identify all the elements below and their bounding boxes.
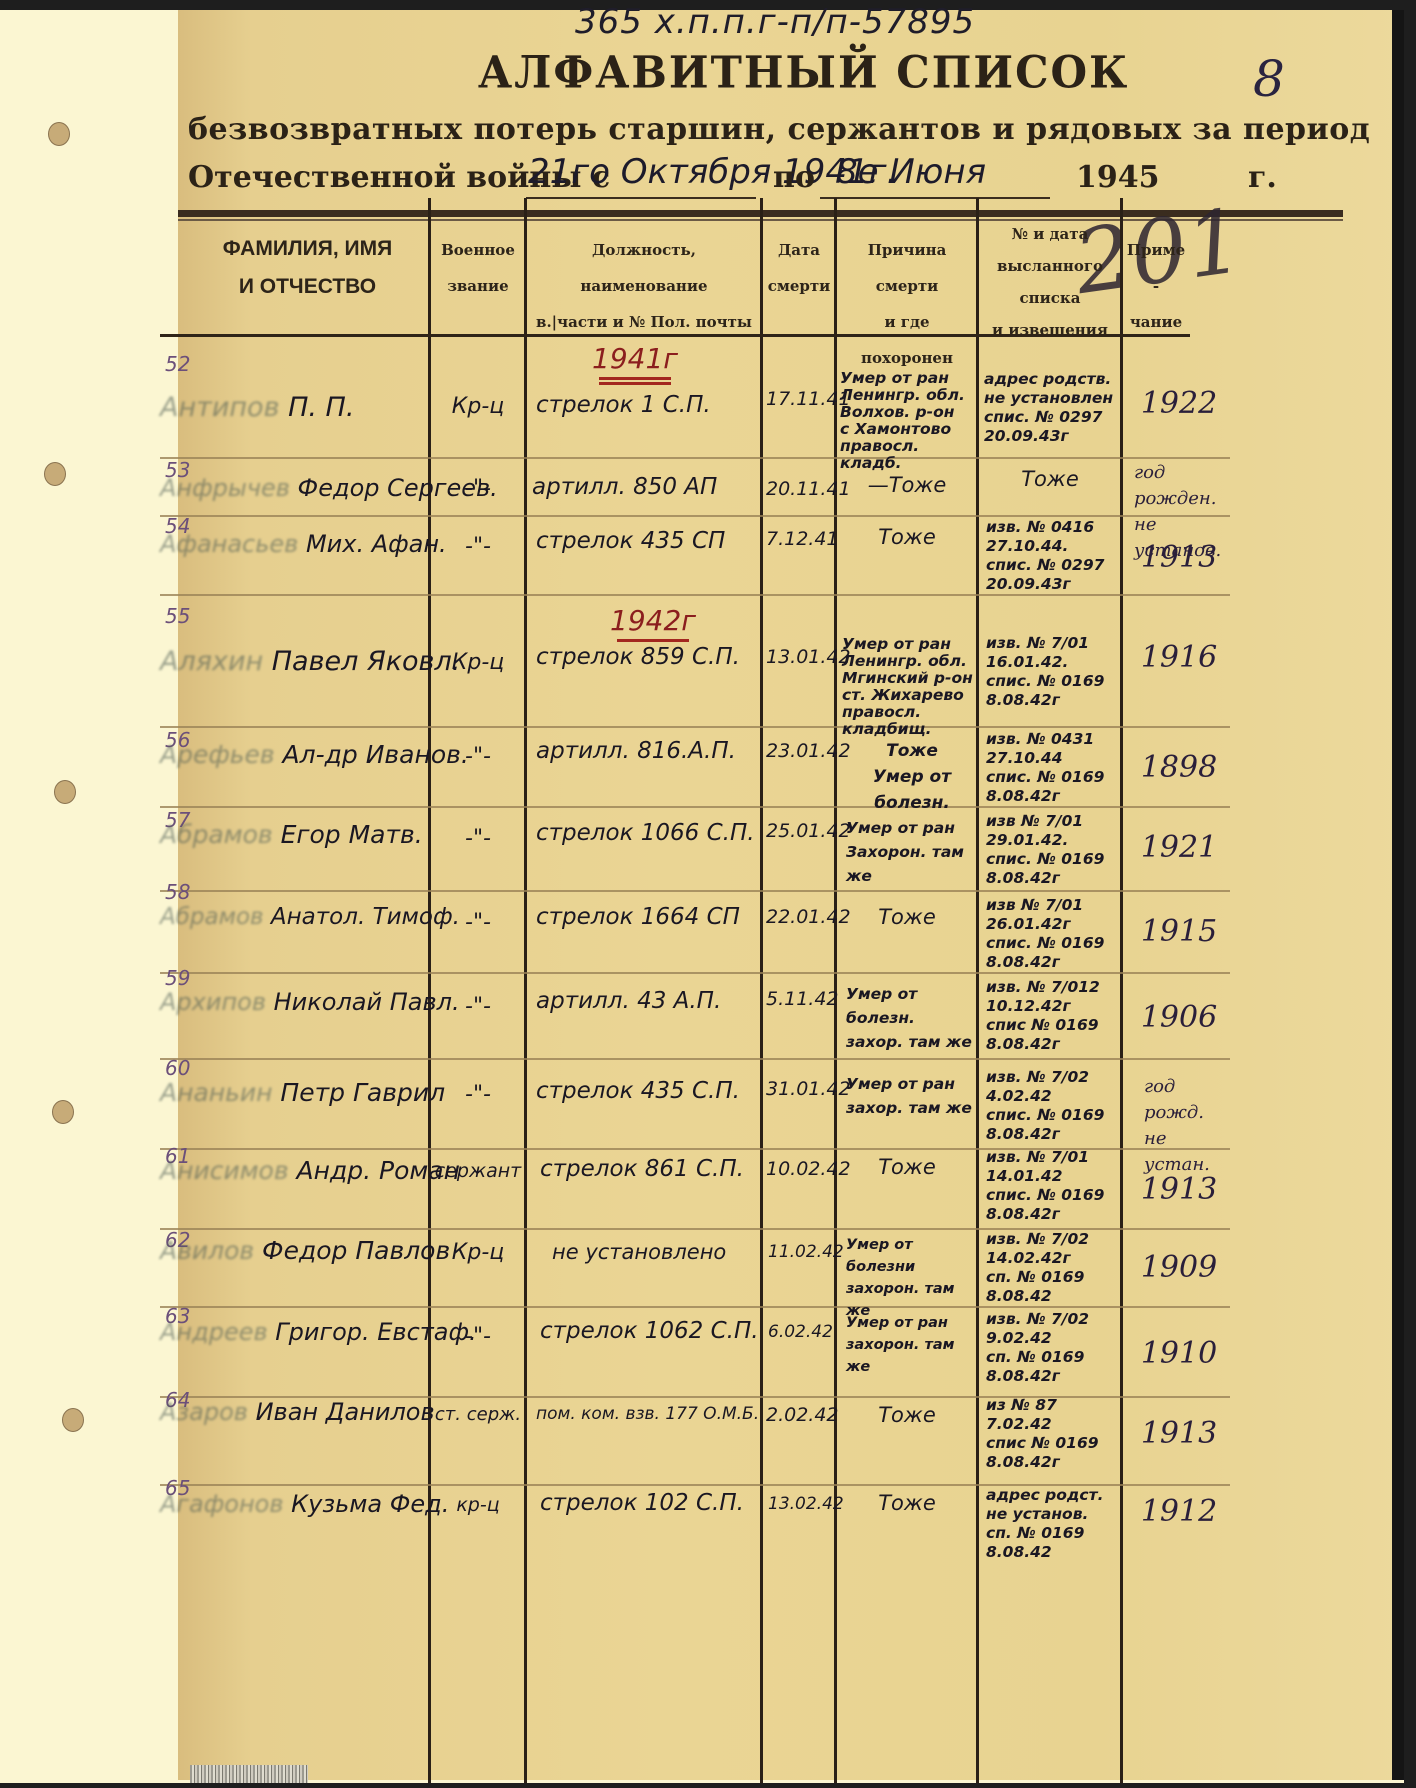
death-date: 6.02.42 bbox=[768, 1322, 833, 1342]
death-cause: Умер от болезн. захор. там же bbox=[846, 982, 978, 1054]
death-date: 7.12.41 bbox=[766, 528, 839, 550]
soldier-name: Авилов Федор Павлов bbox=[160, 1236, 450, 1265]
row-separator bbox=[160, 515, 1230, 517]
notice-info: изв. № 7/02 9.02.42 сп. № 0169 8.08.42г bbox=[986, 1310, 1120, 1386]
death-cause: Умер от ран Ленингр. обл. Волхов. р-он с… bbox=[840, 370, 976, 472]
death-date: 17.11.41 bbox=[766, 388, 851, 410]
soldier-name: Абрамов Егор Матв. bbox=[160, 820, 423, 849]
notice-info: изв. № 7/012 10.12.42г спис № 0169 8.08.… bbox=[986, 978, 1120, 1054]
header-position: Должность, наименование в.|части и № Пол… bbox=[528, 232, 760, 340]
document-subtitle: безвозвратных потерь старшин, сержантов … bbox=[188, 112, 1370, 147]
position: стрелок 1 С.П. bbox=[536, 392, 711, 418]
rank: -"- bbox=[432, 534, 524, 559]
header-notice-line2: высланного списка bbox=[980, 250, 1120, 314]
death-date: 11.02.42 bbox=[768, 1242, 844, 1262]
rank: -"- bbox=[432, 910, 524, 935]
header-cause: Причина смерти и где похоронен bbox=[838, 232, 976, 376]
position: стрелок 859 С.П. bbox=[536, 644, 740, 670]
notice-info: изв. № 0416 27.10.44. спис. № 0297 20.09… bbox=[986, 518, 1120, 594]
death-cause: Умер от ран захорон. там же bbox=[846, 1312, 980, 1378]
death-cause: Тоже bbox=[838, 1152, 976, 1182]
position: артилл. 816.А.П. bbox=[536, 738, 736, 764]
column-divider bbox=[1120, 198, 1123, 1783]
death-cause: Умер от болезни захорон. там же bbox=[846, 1234, 980, 1322]
given-name: П. П. bbox=[288, 392, 354, 423]
header-notice-line1: № и дата bbox=[980, 218, 1120, 250]
surname: Арефьев bbox=[160, 740, 275, 769]
rank: Кр-ц bbox=[432, 1240, 524, 1265]
archive-number: 365 х.п.п.г-п/п-57895 bbox=[575, 2, 975, 42]
rank: -"- bbox=[432, 994, 524, 1019]
death-cause: Умер от ран захор. там же bbox=[846, 1072, 978, 1120]
period-to: 8е Июня bbox=[836, 152, 986, 192]
rank: -"- bbox=[432, 1324, 524, 1349]
birth-year-note: год рожд. не устан. bbox=[1144, 1074, 1234, 1178]
year-marker-1941: 1941г bbox=[590, 342, 680, 385]
column-divider bbox=[524, 198, 527, 1783]
birth-year-note: 1906 bbox=[1124, 1000, 1234, 1035]
position: артилл. 43 А.П. bbox=[536, 988, 721, 1014]
notice-info: изв. № 7/01 14.01.42 спис. № 0169 8.08.4… bbox=[986, 1148, 1120, 1224]
birth-year-note: 1921 bbox=[1124, 830, 1234, 865]
surname: Агафонов bbox=[160, 1490, 283, 1518]
surname: Андреев bbox=[160, 1318, 268, 1346]
column-divider bbox=[760, 198, 763, 1783]
surname: Анфрычев bbox=[160, 474, 290, 502]
notice-info: изв. № 7/01 16.01.42. спис. № 0169 8.08.… bbox=[986, 634, 1120, 710]
surname: Аляхин bbox=[160, 646, 263, 677]
birth-year-note: 1910 bbox=[1124, 1336, 1234, 1371]
row-separator bbox=[160, 1306, 1230, 1308]
sheet-edge bbox=[1392, 10, 1404, 1780]
punch-hole bbox=[62, 1408, 84, 1432]
soldier-name: Анисимов Андр. Роман bbox=[160, 1156, 460, 1185]
sheet-number: 8 bbox=[1253, 50, 1285, 108]
soldier-name: Абрамов Анатол. Тимоф. bbox=[160, 904, 460, 930]
row-separator bbox=[160, 890, 1230, 892]
row-number: 58 bbox=[165, 880, 190, 904]
row-separator bbox=[160, 972, 1230, 974]
year-marker-label: 1942г bbox=[610, 604, 696, 637]
header-note-line1: Приме - bbox=[1124, 232, 1188, 304]
soldier-name: Антипов П. П. bbox=[160, 392, 354, 423]
notice-info: изв. № 0431 27.10.44 спис. № 0169 8.08.4… bbox=[986, 730, 1120, 806]
row-separator bbox=[160, 726, 1230, 728]
notice-info: изв. № 7/02 4.02.42 спис. № 0169 8.08.42… bbox=[986, 1068, 1120, 1144]
surname: Азаров bbox=[160, 1398, 248, 1426]
given-name: Егор Матв. bbox=[281, 820, 423, 849]
header-rank: Военное звание bbox=[432, 232, 524, 304]
death-date: 2.02.42 bbox=[766, 1404, 839, 1426]
death-cause: Тоже bbox=[838, 522, 976, 552]
position: стрелок 1066 С.П. bbox=[536, 820, 755, 846]
death-cause: Тоже bbox=[838, 1400, 976, 1430]
soldier-name: Аляхин Павел Яковл. bbox=[160, 646, 460, 677]
rank: ст. серж. bbox=[430, 1404, 526, 1425]
birth-year-note: 1916 bbox=[1124, 640, 1234, 675]
period-year-suffix: г. bbox=[1248, 160, 1277, 195]
position: пом. ком. взв. 177 О.М.Б. bbox=[536, 1404, 759, 1424]
given-name: Иван Данилов bbox=[256, 1398, 435, 1426]
soldier-name: Азаров Иван Данилов bbox=[160, 1398, 435, 1426]
soldier-name: Арефьев Ал-др Иванов. bbox=[160, 740, 469, 769]
position: стрелок 1664 СП bbox=[536, 904, 740, 930]
notice-info: изв. № 7/02 14.02.42г сп. № 0169 8.08.42 bbox=[986, 1230, 1120, 1306]
header-notice: № и дата высланного списка и извещения bbox=[980, 218, 1120, 346]
death-cause: Тоже Умер от болезн. bbox=[846, 738, 978, 816]
header-note: Приме - чание bbox=[1124, 232, 1188, 340]
birth-year-note: 1912 bbox=[1124, 1494, 1234, 1529]
header-position-line1: Должность, наименование bbox=[528, 232, 760, 304]
header-name: ФАМИЛИЯ, ИМЯ И ОТЧЕСТВО bbox=[190, 230, 425, 306]
notice-info: адрес родст. не установ. сп. № 0169 8.08… bbox=[986, 1486, 1120, 1562]
death-date: 5.11.42 bbox=[766, 988, 839, 1010]
given-name: Кузьма Фед. bbox=[291, 1490, 449, 1518]
death-date: 13.01.42 bbox=[766, 646, 851, 668]
row-number: 52 bbox=[165, 352, 190, 376]
surname: Архипов bbox=[160, 988, 266, 1016]
death-date: 23.01.42 bbox=[766, 740, 851, 762]
row-separator bbox=[160, 457, 1230, 459]
header-rank-line2: звание bbox=[432, 268, 524, 304]
death-cause: —Тоже bbox=[838, 470, 976, 500]
year-marker-1942: 1942г bbox=[608, 604, 698, 642]
position: стрелок 861 С.П. bbox=[540, 1156, 744, 1182]
surname: Афанасьев bbox=[160, 530, 298, 558]
rank: -"- bbox=[432, 826, 524, 851]
header-notice-line3: и извещения bbox=[980, 314, 1120, 346]
soldier-name: Афанасьев Мих. Афан. bbox=[160, 530, 447, 558]
notice-info: адрес родств. не установлен спис. № 0297… bbox=[984, 370, 1120, 446]
surname: Антипов bbox=[160, 392, 279, 423]
period-year: 1945 bbox=[1076, 160, 1160, 195]
birth-year-note: 1913 bbox=[1124, 1416, 1234, 1451]
given-name: Петр Гаврил bbox=[280, 1078, 445, 1107]
row-number: 59 bbox=[165, 966, 190, 990]
rank: -"- bbox=[432, 744, 524, 769]
header-name-line2: И ОТЧЕСТВО bbox=[190, 268, 425, 306]
surname: Авилов bbox=[160, 1236, 254, 1265]
soldier-name: Агафонов Кузьма Фед. bbox=[160, 1490, 449, 1518]
notice-info: изв № 7/01 29.01.42. спис. № 0169 8.08.4… bbox=[986, 812, 1120, 888]
birth-year-note: 1922 bbox=[1124, 386, 1234, 421]
row-number: 55 bbox=[165, 604, 190, 628]
position: не установлено bbox=[552, 1240, 726, 1264]
birth-year-note: 1915 bbox=[1124, 914, 1234, 949]
row-separator bbox=[160, 594, 1230, 596]
rank: Кр-ц bbox=[432, 650, 524, 675]
position: стрелок 102 С.П. bbox=[540, 1490, 744, 1516]
scan-edge bbox=[0, 1783, 1416, 1788]
birth-year-note: 1913 bbox=[1124, 540, 1234, 575]
surname: Анисимов bbox=[160, 1156, 289, 1185]
year-marker-label: 1941г bbox=[592, 342, 678, 375]
punch-hole bbox=[48, 122, 70, 146]
row-number: 60 bbox=[165, 1056, 190, 1080]
soldier-name: Андреев Григор. Евстаф. bbox=[160, 1318, 477, 1346]
death-cause: Умер от ран Ленингр. обл. Мгинский р-он … bbox=[842, 636, 978, 738]
from-underline bbox=[526, 197, 756, 199]
period-to-label: по bbox=[773, 160, 815, 195]
document-title: АЛФАВИТНЫЙ СПИСОК bbox=[478, 47, 1129, 98]
notice-info: из № 87 7.02.42 спис № 0169 8.08.42г bbox=[986, 1396, 1120, 1472]
position: стрелок 435 СП bbox=[536, 528, 725, 554]
death-cause: Умер от ран Захорон. там же bbox=[846, 816, 978, 888]
notice-info: Тоже bbox=[980, 470, 1120, 489]
row-separator bbox=[160, 1058, 1230, 1060]
death-date: 31.01.42 bbox=[766, 1078, 851, 1100]
header-rank-line1: Военное bbox=[432, 232, 524, 268]
soldier-name: Ананьин Петр Гаврил bbox=[160, 1078, 445, 1107]
rank: -"- bbox=[432, 1082, 524, 1107]
death-date: 13.02.42 bbox=[768, 1494, 844, 1514]
given-name: Мих. Афан. bbox=[306, 530, 447, 558]
death-cause: Тоже bbox=[838, 902, 976, 932]
birth-year-note: 1898 bbox=[1124, 750, 1234, 785]
soldier-name: Архипов Николай Павл. bbox=[160, 988, 460, 1016]
surname: Ананьин bbox=[160, 1078, 272, 1107]
rank: кр-ц bbox=[432, 1494, 524, 1516]
header-death-date-line1: Дата bbox=[764, 232, 834, 268]
header-cause-line1: Причина смерти bbox=[838, 232, 976, 304]
birth-year-note: 1913 bbox=[1124, 1172, 1234, 1207]
position: артилл. 850 АП bbox=[532, 474, 717, 500]
rank: сержант bbox=[430, 1160, 526, 1182]
surname: Абрамов bbox=[160, 904, 264, 930]
header-death-date-line2: смерти bbox=[764, 268, 834, 304]
death-date: 25.01.42 bbox=[766, 820, 851, 842]
death-cause: Тоже bbox=[838, 1488, 976, 1518]
rank: -"- bbox=[432, 476, 524, 501]
header-cause-line2: и где похоронен bbox=[838, 304, 976, 376]
header-name-line1: ФАМИЛИЯ, ИМЯ bbox=[190, 230, 425, 268]
punch-hole bbox=[44, 462, 66, 486]
to-underline bbox=[820, 197, 1050, 199]
header-death-date: Дата смерти bbox=[764, 232, 834, 304]
position: стрелок 1062 С.П. bbox=[540, 1318, 759, 1344]
birth-year-note: 1909 bbox=[1124, 1250, 1234, 1285]
header-bottom-line bbox=[160, 334, 1190, 337]
row-separator bbox=[160, 806, 1230, 808]
punch-hole bbox=[54, 780, 76, 804]
punch-hole bbox=[52, 1100, 74, 1124]
position: стрелок 435 С.П. bbox=[536, 1078, 740, 1104]
surname: Абрамов bbox=[160, 820, 273, 849]
notice-info: изв № 7/01 26.01.42г спис. № 0169 8.08.4… bbox=[986, 896, 1120, 972]
rank: Кр-ц bbox=[432, 394, 524, 419]
given-name: Федор Павлов bbox=[262, 1236, 450, 1265]
